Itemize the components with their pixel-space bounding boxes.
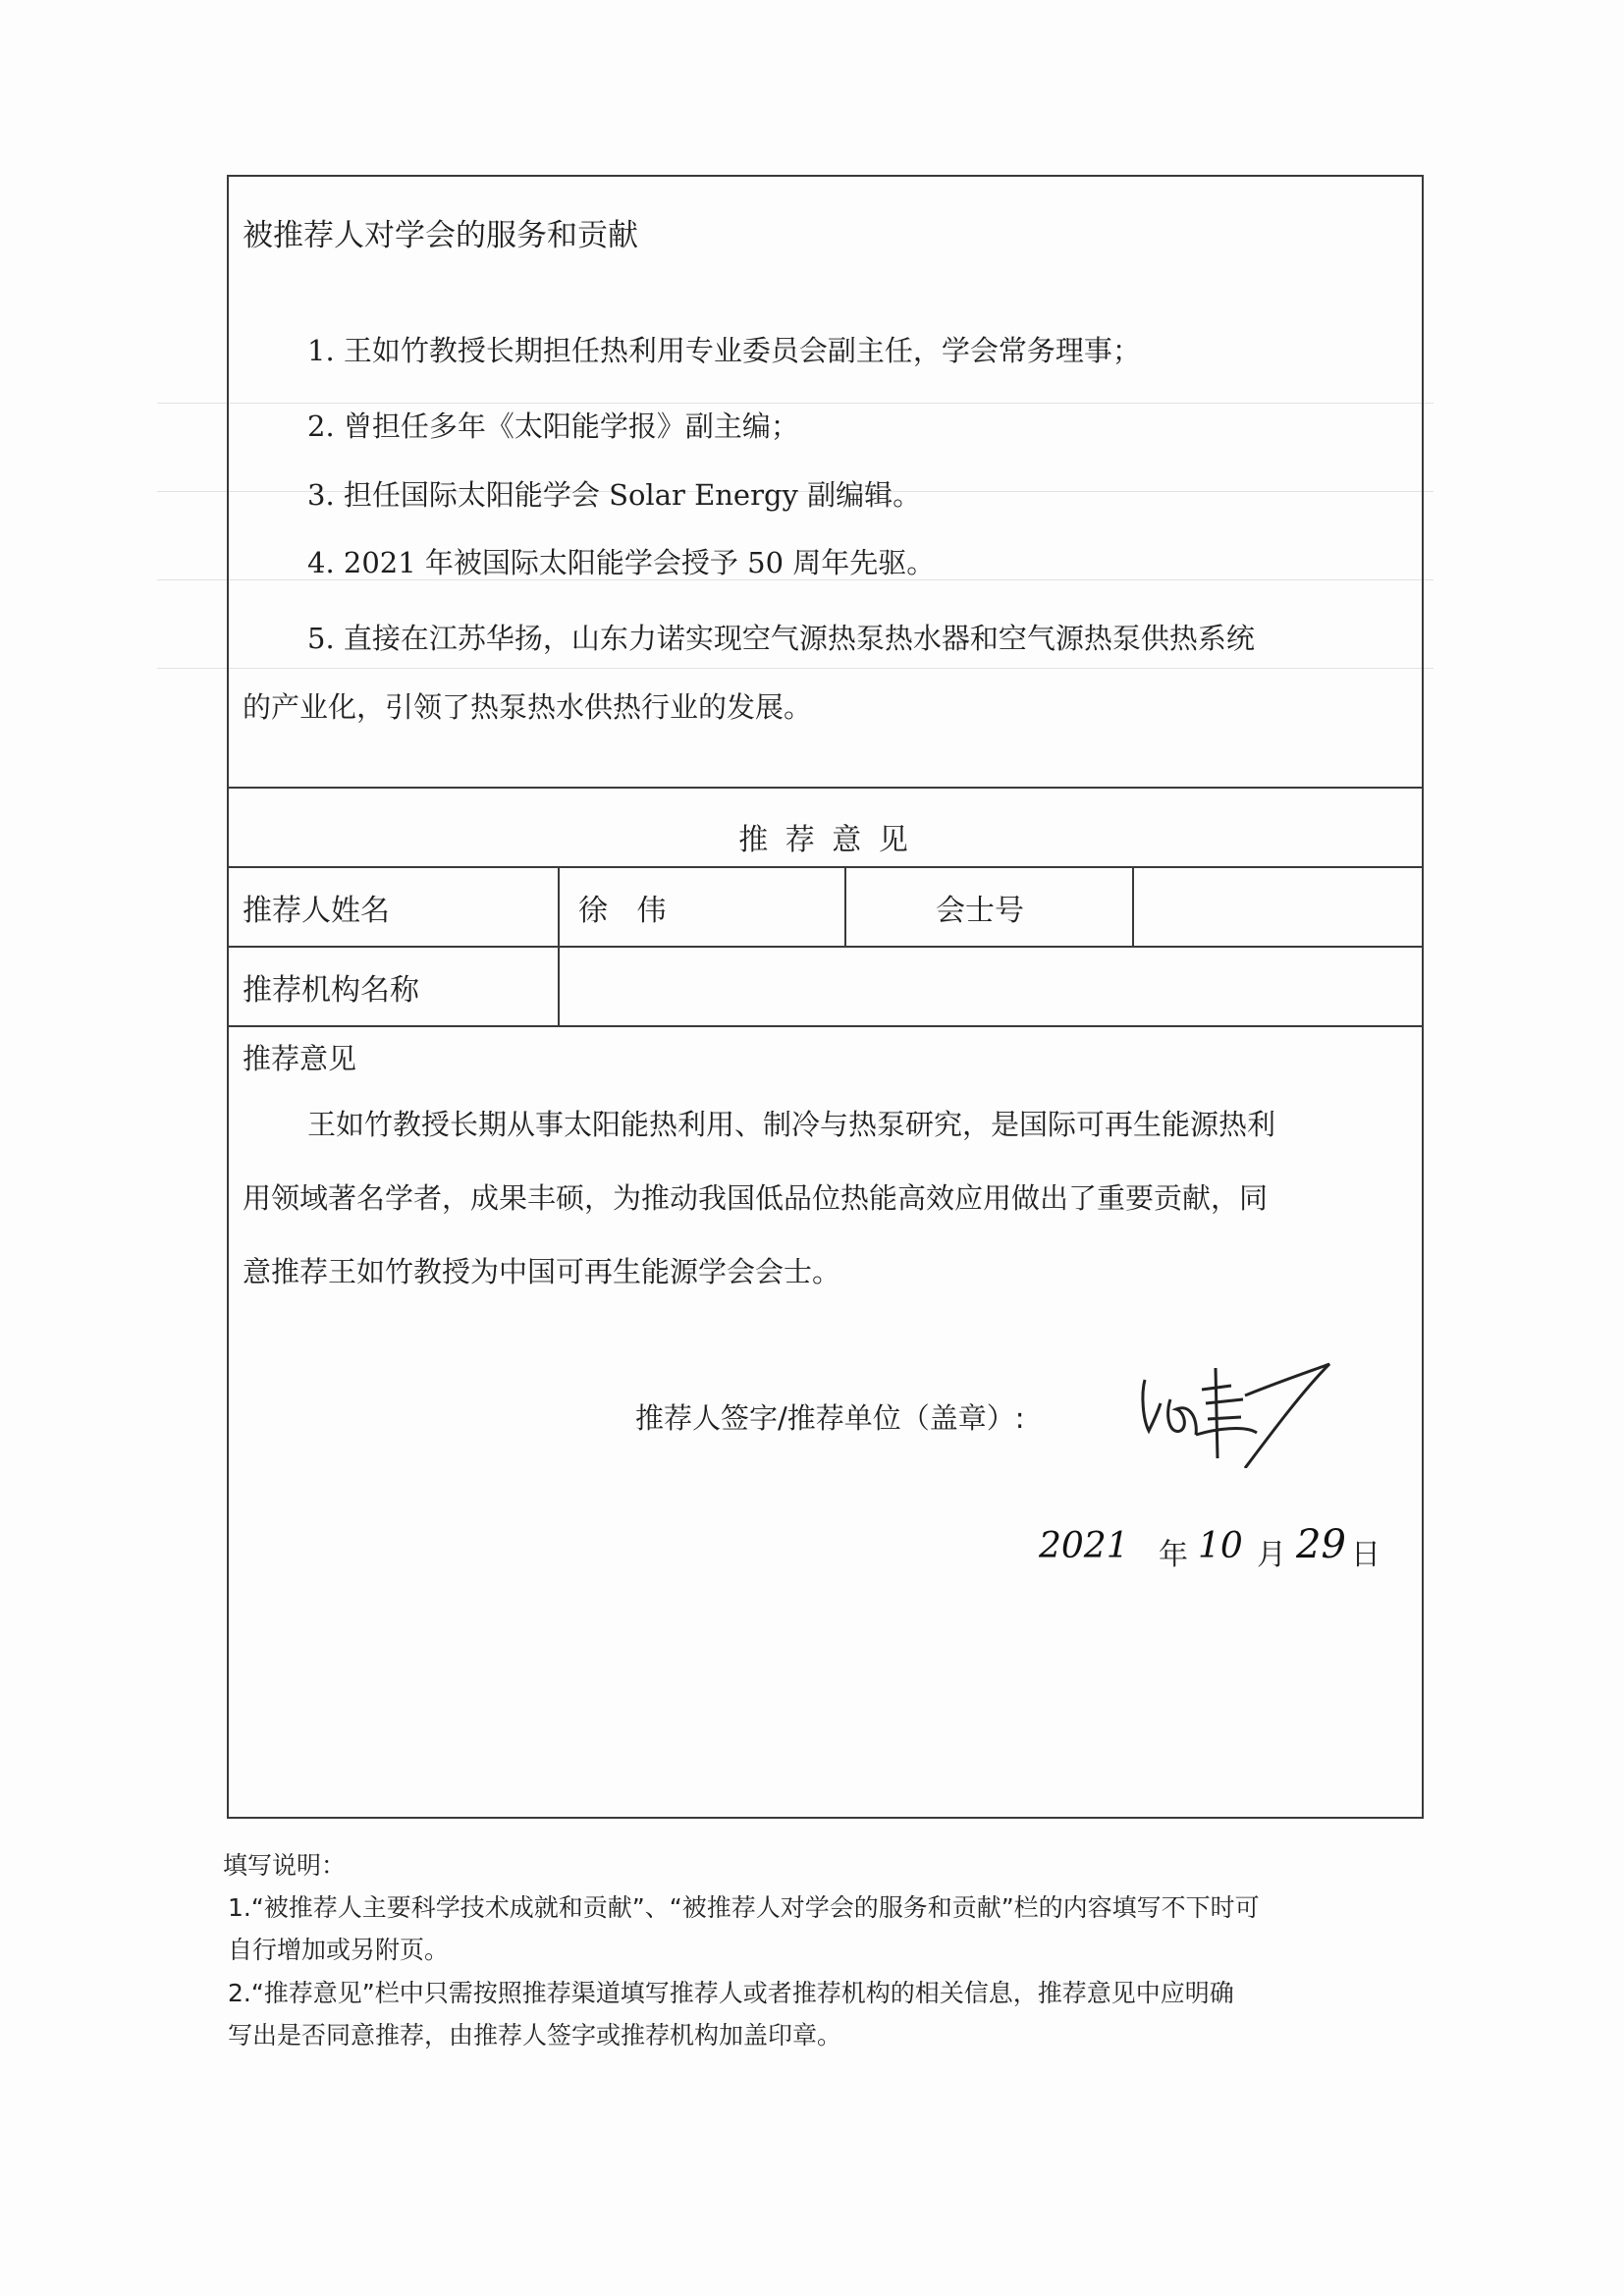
instruction-line-1: 1.“被推荐人主要科学技术成就和贡献”、“被推荐人对学会的服务和贡献”栏的内容填… (228, 1888, 1260, 1924)
instruction-line-4: 写出是否同意推荐，由推荐人签字或推荐机构加盖印章。 (228, 2016, 841, 2051)
institution-value[interactable] (578, 965, 1403, 1005)
service-item-2: 2. 曾担任多年《太阳能学报》副主编； (307, 405, 799, 445)
service-item-4: 4. 2021 年被国际太阳能学会授予 50 周年先驱。 (307, 541, 935, 581)
recommender-name-value: 徐 伟 (578, 886, 677, 929)
date-month-unit: 月 (1257, 1530, 1286, 1573)
service-item-5-continued: 的产业化，引领了热泵热水供热行业的发展。 (243, 685, 812, 726)
member-number-label: 会士号 (936, 886, 1024, 929)
instructions-title: 填写说明： (223, 1846, 346, 1882)
handwritten-signature (1137, 1340, 1333, 1468)
row-divider (229, 866, 1422, 868)
date-day: 29 (1296, 1522, 1346, 1567)
row-divider (229, 787, 1422, 789)
date-line: 2021 年 10 月 29 日 (1039, 1522, 1412, 1581)
opinion-line-3: 意推荐王如竹教授为中国可再生能源学会会士。 (243, 1250, 840, 1290)
service-item-5: 5. 直接在江苏华扬，山东力诺实现空气源热泵热水器和空气源热泵供热系统 (307, 617, 1255, 657)
date-month: 10 (1198, 1526, 1243, 1566)
opinion-line-1: 王如竹教授长期从事太阳能热利用、制冷与热泵研究，是国际可再生能源热利 (307, 1103, 1275, 1143)
signature-icon (1137, 1340, 1333, 1468)
instruction-line-2: 自行增加或另附页。 (228, 1931, 449, 1966)
service-item-3: 3. 担任国际太阳能学会 Solar Energy 副编辑。 (307, 473, 921, 514)
service-section-title: 被推荐人对学会的服务和贡献 (243, 210, 638, 254)
instruction-line-3: 2.“推荐意见”栏中只需按照推荐渠道填写推荐人或者推荐机构的相关信息，推荐意见中… (228, 1974, 1234, 2009)
recommender-name-label: 推荐人姓名 (243, 886, 390, 929)
column-divider (844, 866, 846, 946)
row-divider (229, 946, 1422, 948)
date-day-unit: 日 (1351, 1530, 1380, 1573)
member-number-value[interactable] (1152, 886, 1397, 925)
date-year: 2021 (1039, 1526, 1129, 1566)
date-year-unit: 年 (1159, 1530, 1188, 1573)
column-divider (1132, 866, 1134, 946)
service-item-1: 1. 王如竹教授长期担任热利用专业委员会副主任，学会常务理事； (307, 329, 1141, 369)
opinion-line-2: 用领域著名学者，成果丰硕，为推动我国低品位热能高效应用做出了重要贡献，同 (243, 1176, 1268, 1217)
opinion-label: 推荐意见 (243, 1037, 356, 1077)
row-divider (229, 1025, 1422, 1027)
institution-label: 推荐机构名称 (243, 965, 419, 1009)
recommendation-section-title: 推 荐 意 见 (229, 815, 1422, 858)
signature-label: 推荐人签字/推荐单位（盖章）: (635, 1396, 1025, 1437)
form-table: 被推荐人对学会的服务和贡献 1. 王如竹教授长期担任热利用专业委员会副主任，学会… (227, 175, 1424, 1819)
